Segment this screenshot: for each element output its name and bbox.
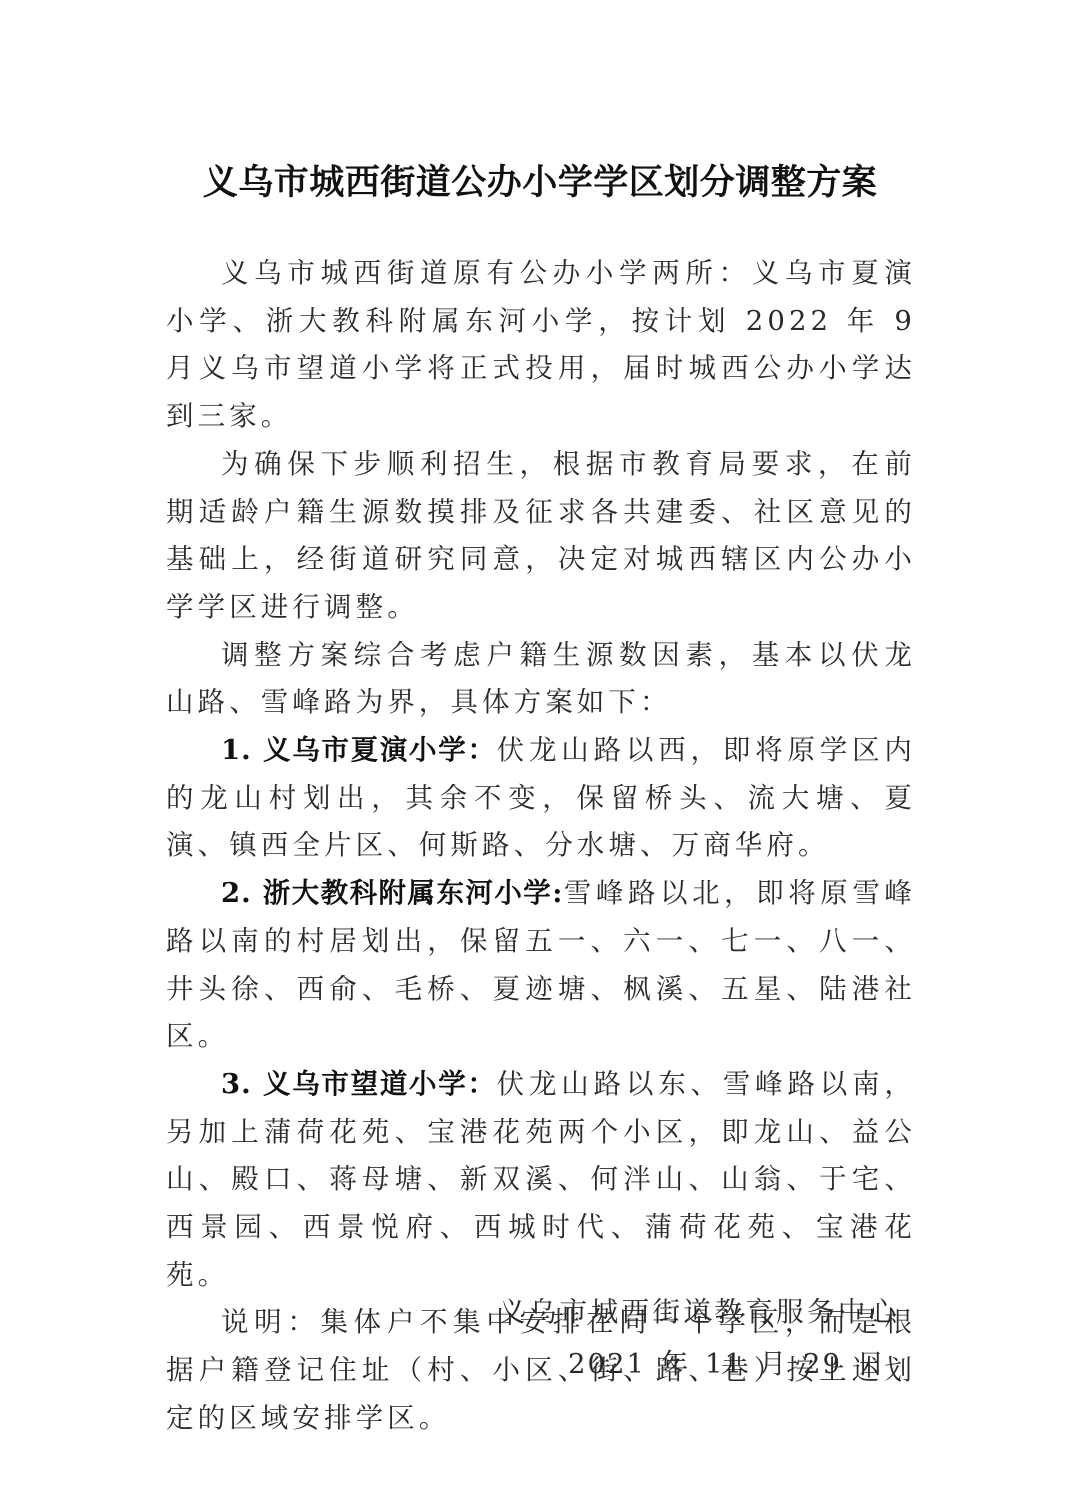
issue-date: 2021 年 11 月 29 日 <box>498 1338 918 1390</box>
paragraph-text: 调整方案综合考虑户籍生源数因素，基本以伏龙山路、雪峰路为界，具体方案如下： <box>166 639 916 719</box>
item-heading: 3. 义乌市望道小学： <box>221 1068 497 1100</box>
document-page: 义乌市城西街道公办小学学区划分调整方案 义乌市城西街道原有公办小学两所：义乌市夏… <box>0 0 1080 1488</box>
item-donghe-school: 2. 浙大教科附属东河小学:雪峰路以北，即将原雪峰路以南的村居划出，保留五一、六… <box>166 870 916 1061</box>
paragraph-text: 为确保下步顺利招生，根据市教育局要求，在前期适龄户籍生源数摸排及征求各共建委、社… <box>166 448 916 623</box>
document-title: 义乌市城西街道公办小学学区划分调整方案 <box>0 159 1080 207</box>
paragraph-principle: 调整方案综合考虑户籍生源数因素，基本以伏龙山路、雪峰路为界，具体方案如下： <box>166 632 916 727</box>
paragraph-text: 义乌市城西街道原有公办小学两所：义乌市夏演小学、浙大教科附属东河小学，按计划 2… <box>166 257 916 432</box>
item-text: 伏龙山路以东、雪峰路以南，另加上蒲荷花苑、宝港花苑两个小区，即龙山、益公山、殿口… <box>166 1068 916 1291</box>
signature-block: 义乌市城西街道教育服务中心 2021 年 11 月 29 日 <box>498 1286 918 1390</box>
item-heading: 1. 义乌市夏演小学： <box>221 734 497 766</box>
paragraph-intro: 义乌市城西街道原有公办小学两所：义乌市夏演小学、浙大教科附属东河小学，按计划 2… <box>166 250 916 441</box>
item-wangdao-school: 3. 义乌市望道小学：伏龙山路以东、雪峰路以南，另加上蒲荷花苑、宝港花苑两个小区… <box>166 1061 916 1300</box>
item-heading: 2. 浙大教科附属东河小学: <box>221 877 563 909</box>
document-body: 义乌市城西街道原有公办小学两所：义乌市夏演小学、浙大教科附属东河小学，按计划 2… <box>166 250 916 1443</box>
paragraph-purpose: 为确保下步顺利招生，根据市教育局要求，在前期适龄户籍生源数摸排及征求各共建委、社… <box>166 441 916 632</box>
item-xiayan-school: 1. 义乌市夏演小学：伏龙山路以西，即将原学区内的龙山村划出，其余不变，保留桥头… <box>166 727 916 870</box>
issuing-organization: 义乌市城西街道教育服务中心 <box>498 1286 918 1338</box>
